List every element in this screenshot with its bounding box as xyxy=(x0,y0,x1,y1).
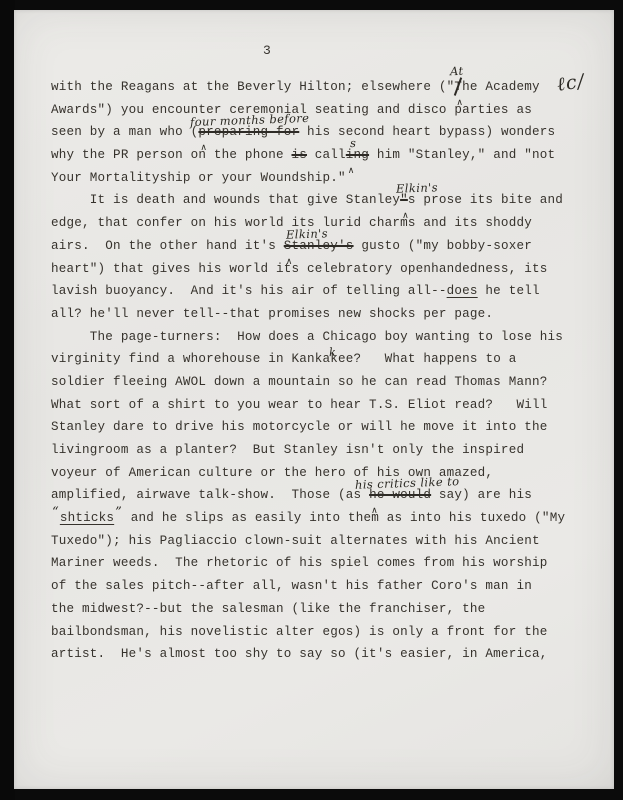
text-line: It is death and wounds that give Stanley… xyxy=(51,189,565,212)
edit-anchor: he wouldhis critics like to∧ xyxy=(369,484,431,507)
typed-text: It is death and wounds that give Stanley xyxy=(51,193,400,207)
edit-anchor: TAt∧ xyxy=(454,76,462,99)
typed-text: airs. On the other hand it's xyxy=(51,239,284,253)
text-line: What sort of a shirt to you wear to hear… xyxy=(51,394,565,417)
typed-text: The page-turners: How does a Chicago boy… xyxy=(51,330,563,344)
typed-text: all? he'll never tell--that promises new… xyxy=(51,307,493,321)
text-line: livingroom as a planter? But Stanley isn… xyxy=(51,439,565,462)
manuscript-page: 3 ℓc/ with the Reagans at the Beverly Hi… xyxy=(14,10,614,789)
typed-text: heart") that gives his world its celebra… xyxy=(51,262,547,276)
text-line: seen by a man who (preparing forfour mon… xyxy=(51,121,565,144)
typed-text: of the sales pitch--after all, wasn't hi… xyxy=(51,579,532,593)
typed-text: does xyxy=(447,284,478,298)
text-line: The page-turners: How does a Chicago boy… xyxy=(51,326,565,349)
typed-text: say) are his xyxy=(431,488,532,502)
text-line: artist. He's almost too shy to say so (i… xyxy=(51,643,565,666)
typed-text: ee? What happens to a xyxy=(338,352,516,366)
edit-anchor: kk xyxy=(330,348,338,371)
text-line: “shticks” and he slips as easily into th… xyxy=(51,507,565,530)
typed-text: Your Mortalityship or your Woundship." xyxy=(51,171,346,185)
text-line: of the sales pitch--after all, wasn't hi… xyxy=(51,575,565,598)
typed-text: the midwest?--but the salesman (like the… xyxy=(51,602,485,616)
text-line: Mariner weeds. The rhetoric of his spiel… xyxy=(51,552,565,575)
typed-text: livingroom as a planter? But Stanley isn… xyxy=(51,443,524,457)
typed-text: bailbondsman, his novelistic alter egos)… xyxy=(51,625,547,639)
text-line: lavish buoyancy. And it's his air of tel… xyxy=(51,280,565,303)
text-line: Tuxedo"); his Pagliaccio clown-suit alte… xyxy=(51,530,565,553)
edit-anchor: Stanley'sElkin's∧ xyxy=(284,235,354,258)
page-number: 3 xyxy=(263,43,271,58)
typed-text: virginity find a whorehouse in Kanka xyxy=(51,352,330,366)
edit-anchor: “shticks” xyxy=(51,507,123,530)
typed-text: his second heart bypass) wonders xyxy=(299,125,555,139)
scanner-background xyxy=(0,0,15,800)
typed-text: seen by a man who ( xyxy=(51,125,198,139)
handwritten-note: k xyxy=(329,341,337,364)
typed-text: shticks xyxy=(60,511,114,525)
edit-anchor: preparing forfour months before∧ xyxy=(198,121,299,144)
handwritten-note: Elkin's xyxy=(285,222,328,246)
typed-text: why the PR person on the phone xyxy=(51,148,291,162)
typed-text: he Academy xyxy=(462,80,540,94)
text-line: Stanley dare to drive his motorcycle or … xyxy=(51,416,565,439)
typed-text: and he slips as easily into them as into… xyxy=(123,511,565,525)
text-line: the midwest?--but the salesman (like the… xyxy=(51,598,565,621)
handwritten-quote-mark: ” xyxy=(115,505,122,520)
typed-text: What sort of a shirt to you wear to hear… xyxy=(51,398,547,412)
text-line: amplified, airwave talk-show. Those (as … xyxy=(51,484,565,507)
text-line: voyeur of American culture or the hero o… xyxy=(51,462,565,485)
typed-lines: with the Reagans at the Beverly Hilton; … xyxy=(51,76,565,666)
typed-text: with the Reagans at the Beverly Hilton; … xyxy=(51,80,454,94)
typed-text: Mariner weeds. The rhetoric of his spiel… xyxy=(51,556,547,570)
typed-text: he tell xyxy=(478,284,540,298)
text-line: all? he'll never tell--that promises new… xyxy=(51,303,565,326)
text-line: virginity find a whorehouse in Kankakkee… xyxy=(51,348,565,371)
typed-text: Tuxedo"); his Pagliaccio clown-suit alte… xyxy=(51,534,540,548)
struck-out-text: is xyxy=(291,148,307,162)
typed-text: call xyxy=(307,148,346,162)
handwritten-note: s xyxy=(349,132,356,155)
typed-text: him "Stanley," and "not xyxy=(369,148,555,162)
text-line: soldier fleeing AWOL down a mountain so … xyxy=(51,371,565,394)
handwritten-note: four months before xyxy=(190,107,310,134)
typed-text: gusto ("my bobby-soxer xyxy=(354,239,532,253)
typed-text: lavish buoyancy. And it's his air of tel… xyxy=(51,284,447,298)
text-line: airs. On the other hand it's Stanley'sEl… xyxy=(51,235,565,258)
text-line: bailbondsman, his novelistic alter egos)… xyxy=(51,621,565,644)
typed-text: artist. He's almost too shy to say so (i… xyxy=(51,647,547,661)
typed-text: amplified, airwave talk-show. Those (as xyxy=(51,488,369,502)
typed-text: Stanley dare to drive his motorcycle or … xyxy=(51,420,547,434)
typed-text: soldier fleeing AWOL down a mountain so … xyxy=(51,375,547,389)
edit-anchor: "Elkin's∧ xyxy=(400,189,408,212)
text-line: with the Reagans at the Beverly Hilton; … xyxy=(51,76,565,99)
text-line: Your Mortalityship or your Woundship." xyxy=(51,167,565,190)
text-line: heart") that gives his world its celebra… xyxy=(51,258,565,281)
handwritten-quote-mark: “ xyxy=(52,505,59,520)
edit-anchor: ings∧ xyxy=(346,144,369,167)
typed-text: s prose its bite and xyxy=(408,193,563,207)
text-line: why the PR person on the phone is callin… xyxy=(51,144,565,167)
